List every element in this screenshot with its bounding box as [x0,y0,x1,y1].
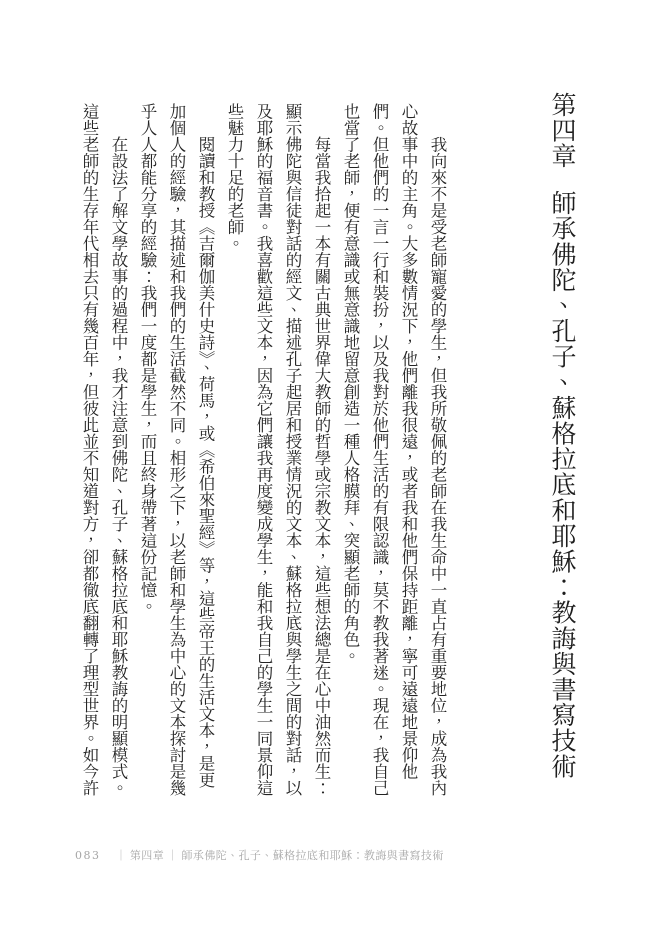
body-paragraph: 在設法了解文學故事的過程中，我才注意到佛陀、孔子、蘇格拉底和耶穌教誨的明顯模式。… [75,103,133,797]
footer-chapter-label: 第四章 [130,849,164,862]
chapter-subtitle: 師承佛陀、孔子、蘇格拉底和耶穌：教誨與書寫技術 [548,190,577,779]
footer-separator: ｜ [116,849,127,862]
page-number: 083 [75,849,101,862]
book-page: 第四章師承佛陀、孔子、蘇格拉底和耶穌：教誨與書寫技術 我向來不是受老師寵愛的學生… [0,0,663,932]
page-footer: 083｜第四章｜師承佛陀、孔子、蘇格拉底和耶穌：教誨與書寫技術 [75,849,444,863]
chapter-number: 第四章 [548,92,577,169]
footer-chapter-title: 師承佛陀、孔子、蘇格拉底和耶穌：教誨與書寫技術 [182,849,444,862]
chapter-title: 第四章師承佛陀、孔子、蘇格拉底和耶穌：教誨與書寫技術 [546,92,579,779]
body-paragraph: 我向來不是受老師寵愛的學生，但我所敬佩的老師在我生命中一直占有重要地位，成為我內… [336,103,452,797]
body-paragraph: 閱讀和教授《吉爾伽美什史詩》、荷馬，或《希伯來聖經》等，這些帝王的生活文本，是更… [133,103,220,797]
footer-separator: ｜ [167,849,178,862]
body-text: 我向來不是受老師寵愛的學生，但我所敬佩的老師在我生命中一直占有重要地位，成為我內… [74,103,452,797]
body-paragraph: 每當我拾起一本有關古典世界偉大教師的哲學或宗教文本，這些想法總是在心中油然而生：… [220,103,336,797]
